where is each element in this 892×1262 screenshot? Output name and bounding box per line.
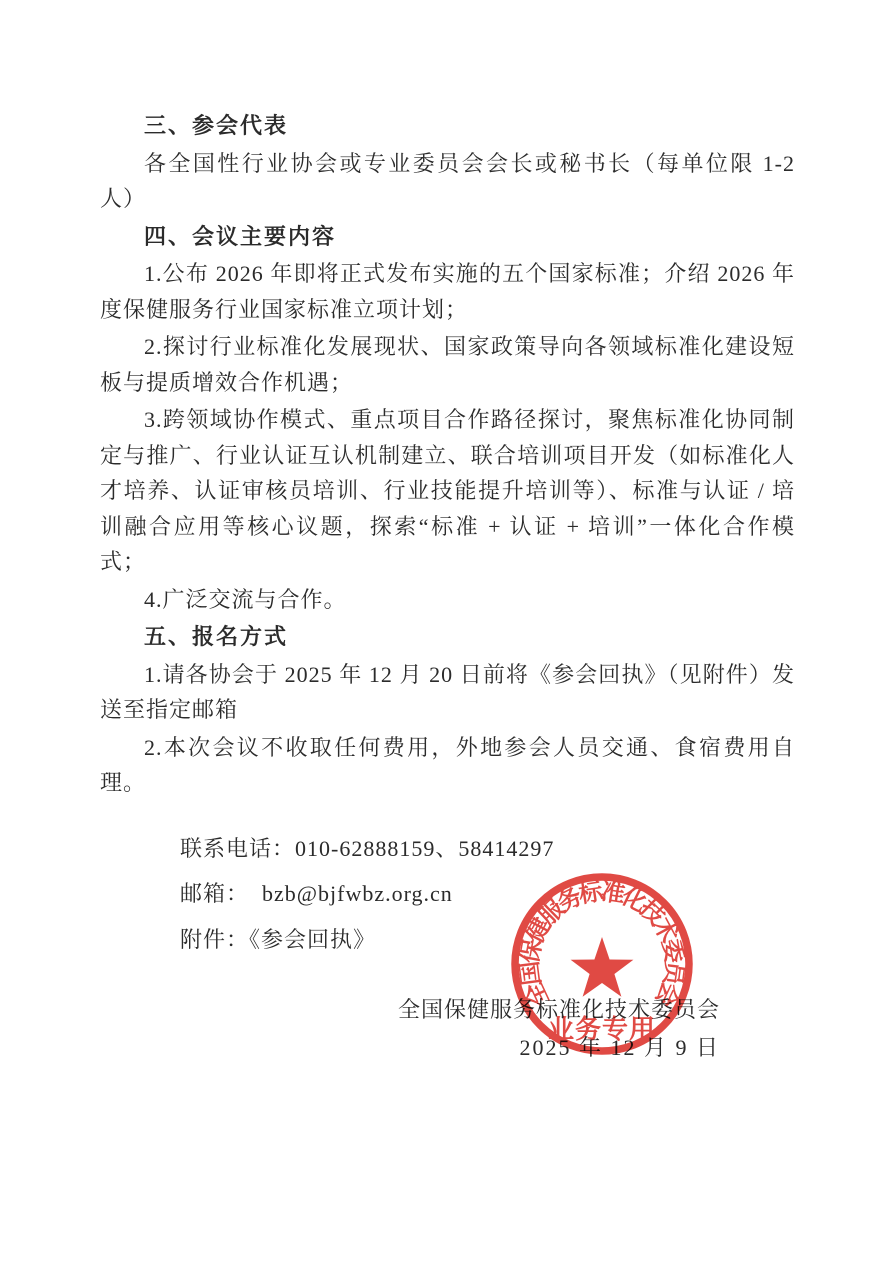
para-agenda-item-1: 1.公布 2026 年即将正式发布实施的五个国家标准；介绍 2026 年度保健服… — [100, 256, 795, 327]
para-agenda-item-4: 4.广泛交流与合作。 — [100, 582, 795, 618]
signature-date: 2025 年 12 月 9 日 — [100, 1030, 795, 1066]
section-heading-registration: 五、报名方式 — [100, 619, 795, 655]
para-participants: 各全国性行业协会或专业委员会会长或秘书长（每单位限 1-2 人） — [100, 146, 795, 217]
section-heading-participants: 三、参会代表 — [100, 108, 795, 144]
para-registration-item-2: 2.本次会议不收取任何费用，外地参会人员交通、食宿费用自理。 — [100, 730, 795, 801]
para-registration-item-1: 1.请各协会于 2025 年 12 月 20 日前将《参会回执》（见附件）发送至… — [100, 657, 795, 728]
document-body: 三、参会代表 各全国性行业协会或专业委员会会长或秘书长（每单位限 1-2 人） … — [100, 108, 795, 1065]
contact-email: 邮箱： bzb@bjfwbz.org.cn — [100, 876, 795, 912]
para-agenda-item-3: 3.跨领域协作模式、重点项目合作路径探讨，聚焦标准化协同制定与推广、行业认证互认… — [100, 402, 795, 580]
contact-phone: 联系电话：010-62888159、58414297 — [100, 831, 795, 867]
para-agenda-item-2: 2.探讨行业标准化发展现状、国家政策导向各领域标准化建设短板与提质增效合作机遇； — [100, 329, 795, 400]
contact-attachment: 附件：《参会回执》 — [100, 922, 795, 958]
section-heading-agenda: 四、会议主要内容 — [100, 219, 795, 255]
document-page: 三、参会代表 各全国性行业协会或专业委员会会长或秘书长（每单位限 1-2 人） … — [0, 0, 892, 1262]
signature-org: 全国保健服务标准化技术委员会 — [100, 992, 795, 1028]
